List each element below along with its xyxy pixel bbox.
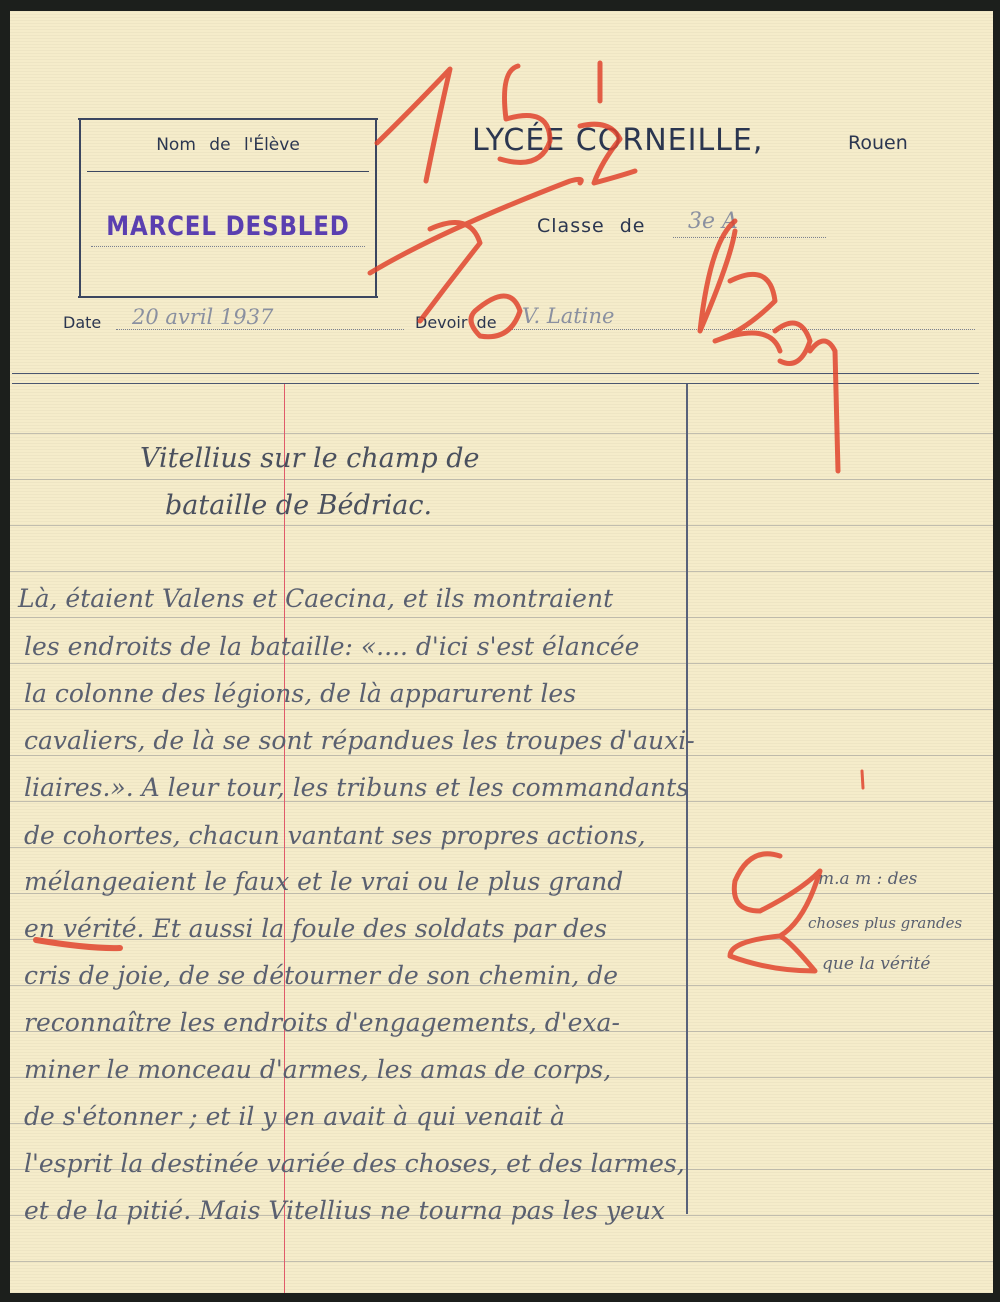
error-underline [36,940,120,948]
margin-tick [862,771,863,788]
mention-B [700,221,780,351]
mention-on [775,323,838,471]
fraction-bar [370,179,581,273]
red-grading-marks [10,11,993,1293]
grade-digit-1 [377,69,450,181]
grade-digit-5 [500,66,550,162]
margin-mark-g [730,854,820,971]
grade-digit-2 [420,223,480,321]
exam-sheet: Nom de l'Élève MARCEL DESBLED LYCÉE CORN… [10,11,993,1293]
grade-half [580,63,635,183]
grade-digit-0 [471,296,520,337]
